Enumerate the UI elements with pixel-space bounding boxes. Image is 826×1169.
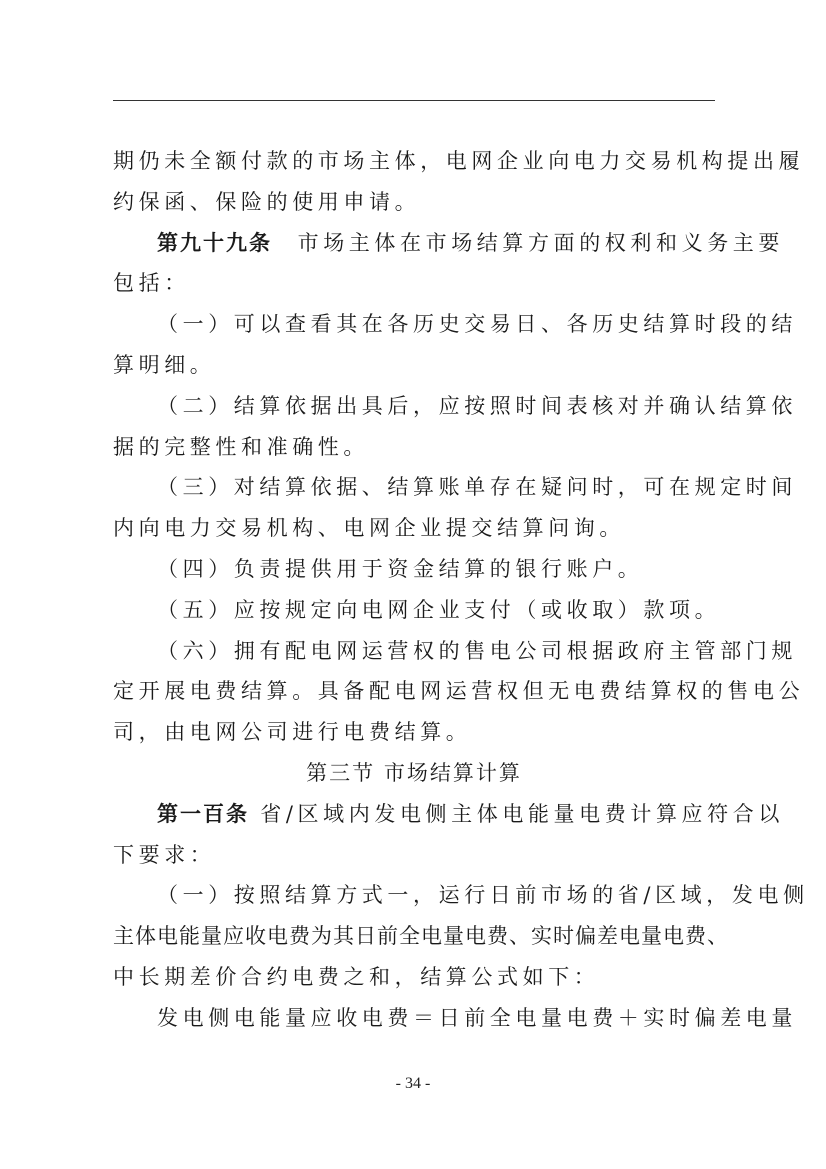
article-99-heading-line: 第九十九条 市场主体在市场结算方面的权利和义务主要 [113, 223, 715, 264]
list-item: （一）按照结算方式一，运行日前市场的省/区域，发电侧 [113, 875, 715, 916]
list-item: （二）结算依据出具后，应按照时间表核对并确认结算依 [113, 386, 715, 427]
body-line: 司，由电网公司进行电费结算。 [113, 712, 715, 753]
formula-line: 发电侧电能量应收电费＝日前全电量电费＋实时偏差电量 [113, 998, 715, 1039]
section-heading: 第三节 市场结算计算 [113, 753, 715, 794]
body-line: 内向电力交易机构、电网企业提交结算问询。 [113, 508, 715, 549]
header-rule [113, 100, 715, 101]
list-item: （四）负责提供用于资金结算的银行账户。 [113, 549, 715, 590]
page-number: - 34 - [0, 1075, 826, 1093]
body-line: 中长期差价合约电费之和，结算公式如下： [113, 957, 715, 998]
article-number: 第九十九条 [157, 230, 272, 255]
body-line: 下要求： [113, 835, 715, 876]
body-line: 期仍未全额付款的市场主体，电网企业向电力交易机构提出履 [113, 141, 715, 182]
body-line: 算明细。 [113, 345, 715, 386]
list-item: （五）应按规定向电网企业支付（或收取）款项。 [113, 590, 715, 631]
body-line: 主体电能量应收电费为其日前全电量电费、实时偏差电量电费、 [113, 916, 715, 957]
body-line: 定开展电费结算。具备配电网运营权但无电费结算权的售电公 [113, 671, 715, 712]
article-number: 第一百条 [157, 801, 249, 826]
body-line: 约保函、保险的使用申请。 [113, 182, 715, 223]
document-body: 期仍未全额付款的市场主体，电网企业向电力交易机构提出履 约保函、保险的使用申请。… [113, 141, 715, 1039]
list-item: （六）拥有配电网运营权的售电公司根据政府主管部门规 [113, 631, 715, 672]
list-item: （一）可以查看其在各历史交易日、各历史结算时段的结 [113, 304, 715, 345]
body-line: 据的完整性和准确性。 [113, 427, 715, 468]
list-item: （三）对结算依据、结算账单存在疑问时，可在规定时间 [113, 467, 715, 508]
article-100-heading-line: 第一百条 省/区域内发电侧主体电能量电费计算应符合以 [113, 794, 715, 835]
body-line: 包括： [113, 263, 715, 304]
